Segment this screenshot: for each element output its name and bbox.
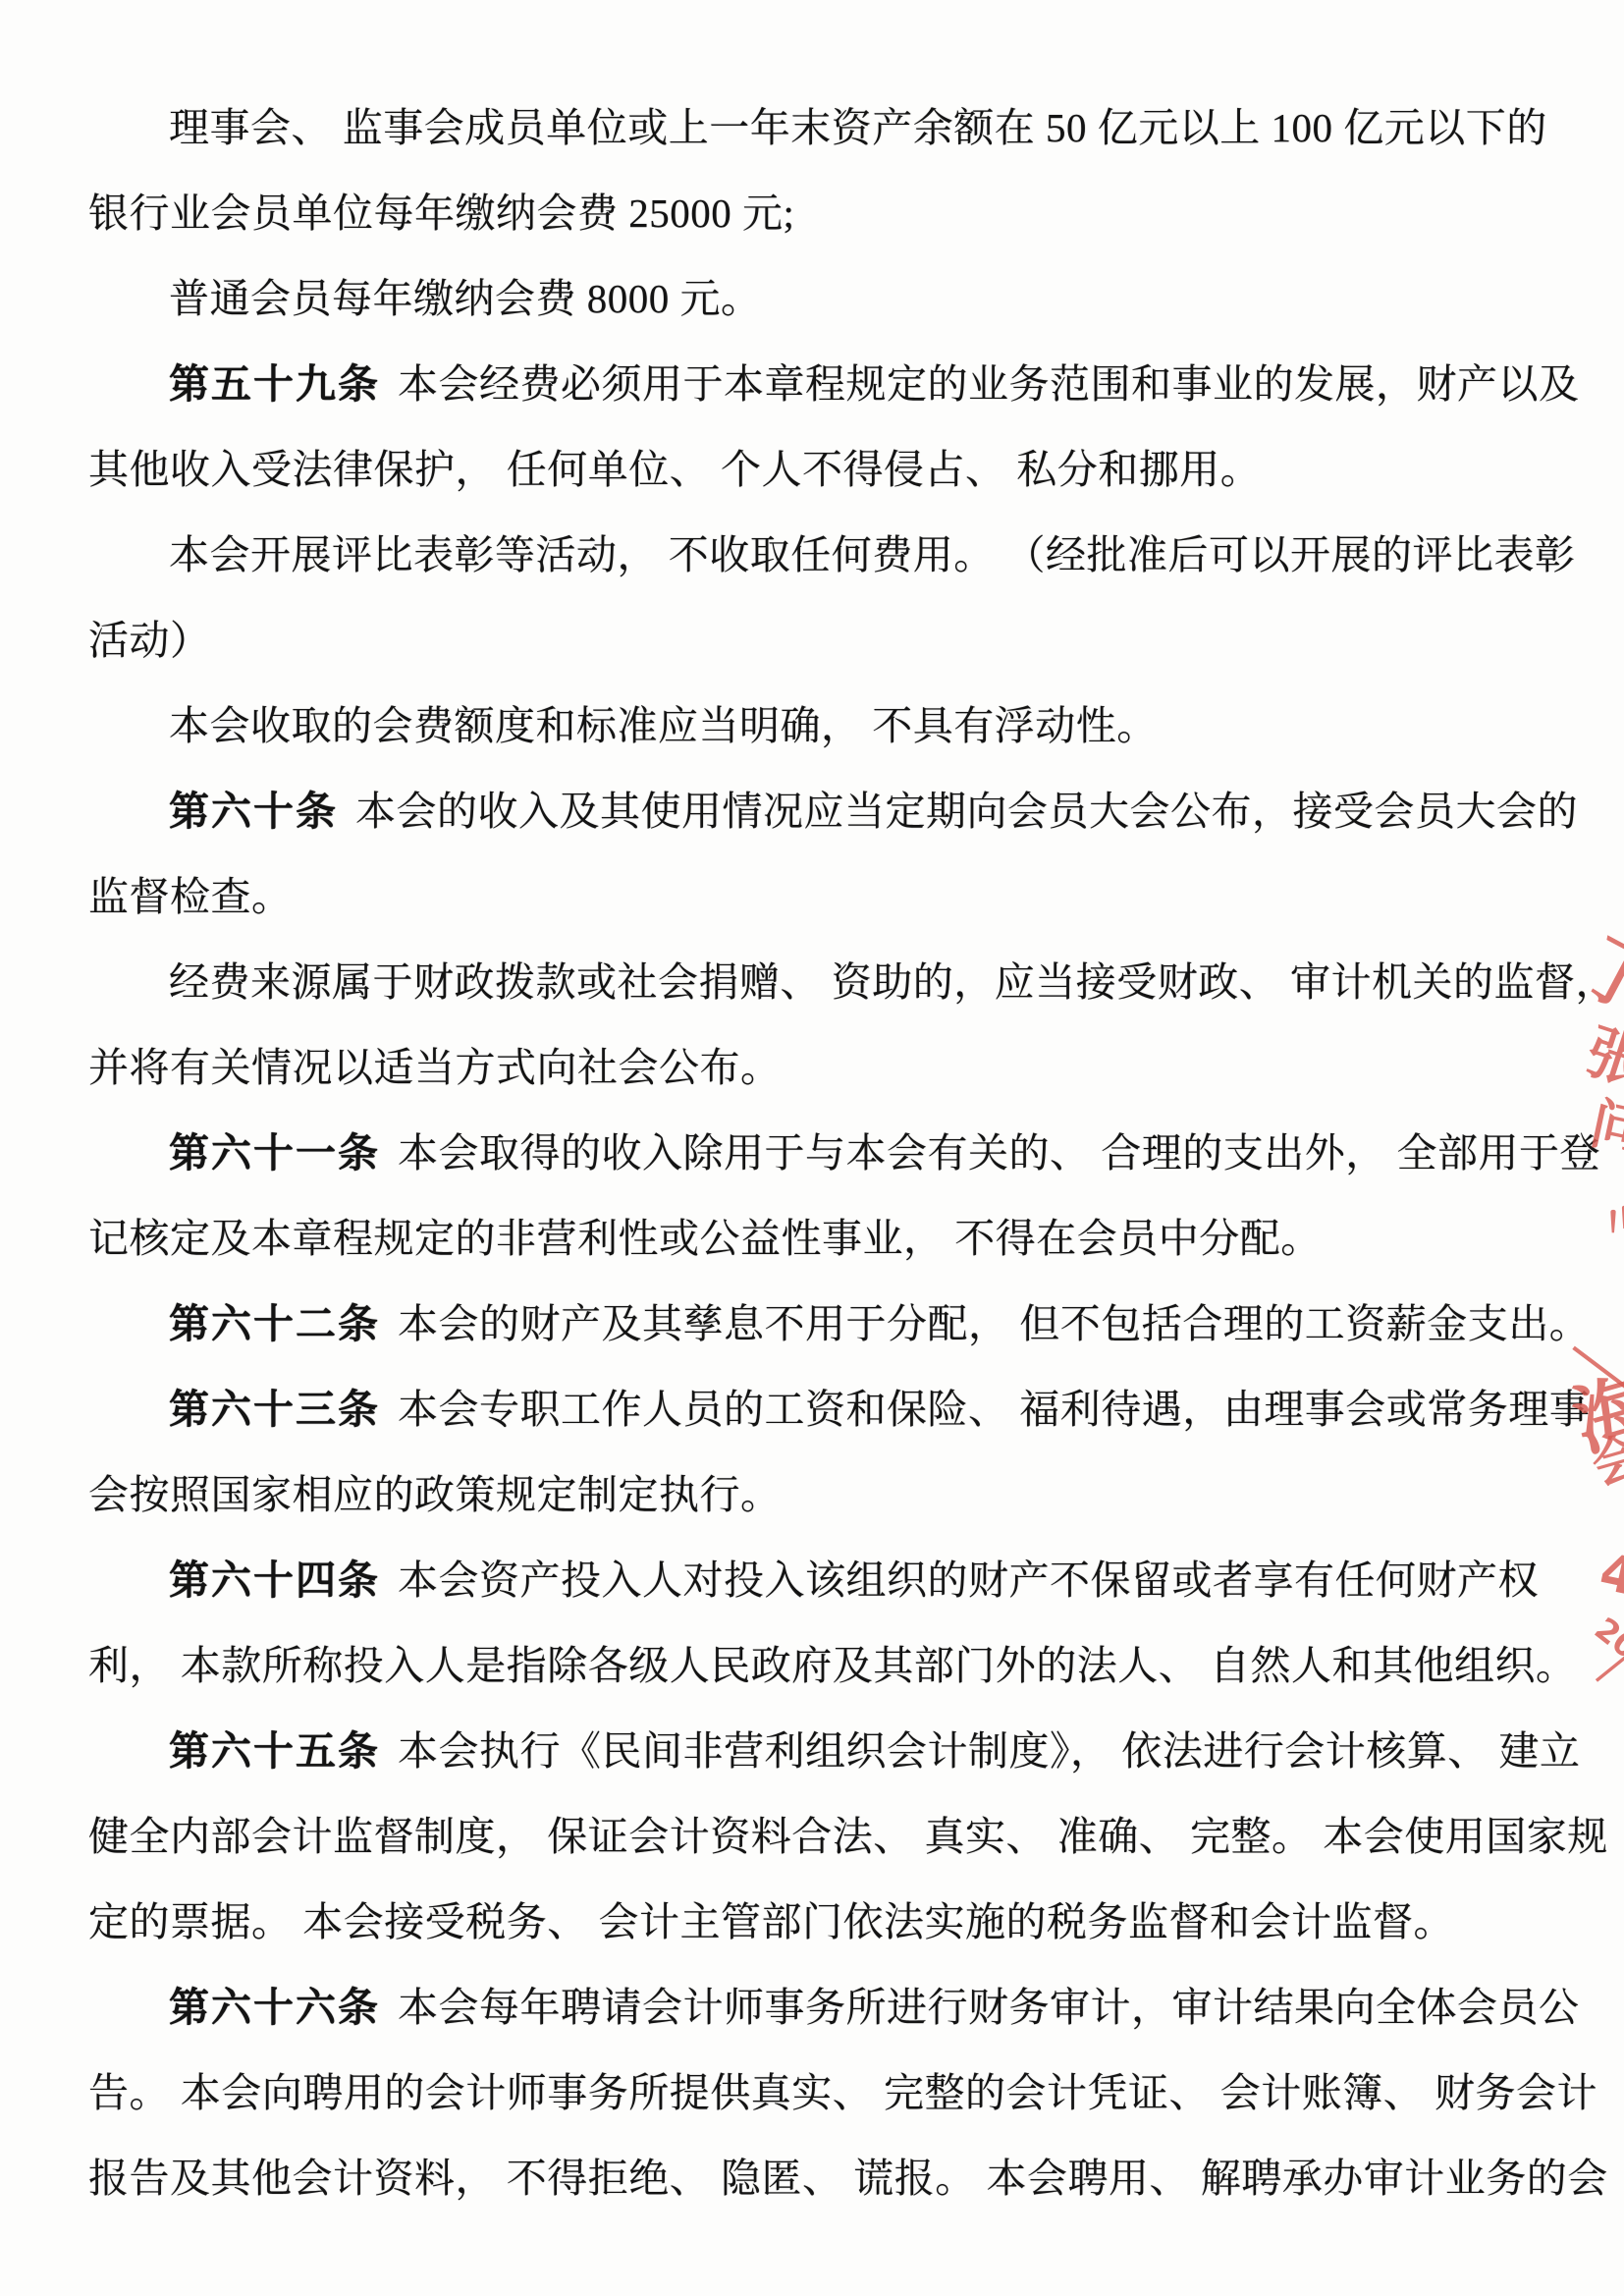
- line-text: 健全内部会计监督制度， 保证会计资料合法、 真实、 准确、 完整。 本会使用国家…: [88, 1814, 1608, 1859]
- red-stamp-fragment: 20: [1590, 1613, 1624, 1665]
- line-text: 定的票据。 本会接受税务、 会计主管部门依法实施的税务监督和会计监督。: [88, 1899, 1454, 1944]
- line-text: 经费来源属于财政拨款或社会捐赠、 资助的，应当接受财政、 审计机关的监督，: [169, 959, 1616, 1005]
- line-text: 普通会员每年缴纳会费 8000 元。: [169, 276, 762, 321]
- text-line: 本会开展评比表彰等活动， 不收取任何费用。 （经批准后可以开展的评比表彰: [88, 513, 1551, 598]
- article-number: 第六十三条: [169, 1387, 380, 1432]
- text-line: 活动）: [88, 598, 1551, 683]
- text-line: 银行业会员单位每年缴纳会费 25000 元;: [88, 171, 1551, 256]
- line-text: 本会专职工作人员的工资和保险、 福利待遇，由理事会或常务理事: [398, 1387, 1590, 1432]
- article-number: 第六十一条: [169, 1130, 380, 1175]
- line-text: 本会执行《民间非营利组织会计制度》， 依法进行会计核算、 建立: [398, 1728, 1581, 1774]
- text-line: 利， 本款所称投入人是指除各级人民政府及其部门外的法人、 自然人和其他组织。: [88, 1623, 1551, 1709]
- line-text: 理事会、 监事会成员单位或上一年末资产余额在 50 亿元以上 100 亿元以下的: [169, 105, 1547, 150]
- text-line: 第六十三条本会专职工作人员的工资和保险、 福利待遇，由理事会或常务理事: [88, 1367, 1551, 1452]
- text-line: 第六十条本会的收入及其使用情况应当定期向会员大会公布，接受会员大会的: [88, 769, 1551, 854]
- text-line: 第六十六条本会每年聘请会计师事务所进行财务审计，审计结果向全体会员公: [88, 1965, 1551, 2050]
- text-line: 会按照国家相应的政策规定制定执行。: [88, 1452, 1551, 1538]
- text-line: 第五十九条本会经费必须用于本章程规定的业务范围和事业的发展，财产以及: [88, 342, 1551, 427]
- text-line: 定的票据。 本会接受税务、 会计主管部门依法实施的税务监督和会计监督。: [88, 1880, 1551, 1965]
- text-line: 健全内部会计监督制度， 保证会计资料合法、 真实、 准确、 完整。 本会使用国家…: [88, 1794, 1551, 1880]
- line-text: 记核定及本章程规定的非营利性或公益性事业， 不得在会员中分配。: [88, 1216, 1322, 1261]
- line-text: 监督检查。: [88, 874, 293, 919]
- line-text: 本会每年聘请会计师事务所进行财务审计，审计结果向全体会员公: [398, 1985, 1580, 2030]
- text-line: 经费来源属于财政拨款或社会捐赠、 资助的，应当接受财政、 审计机关的监督，: [88, 940, 1551, 1025]
- text-line: 普通会员每年缴纳会费 8000 元。: [88, 256, 1551, 342]
- line-text: 银行业会员单位每年缴纳会费 25000 元;: [88, 191, 794, 236]
- article-number: 第六十六条: [169, 1985, 380, 2030]
- line-text: 本会的收入及其使用情况应当定期向会员大会公布，接受会员大会的: [355, 789, 1578, 834]
- red-stamp-fragment: ／: [1595, 1638, 1624, 1690]
- text-line: 第六十一条本会取得的收入除用于与本会有关的、 合理的支出外， 全部用于登: [88, 1111, 1551, 1196]
- line-text: 告。 本会向聘用的会计师事务所提供真实、 完整的会计凭证、 会计账簿、 财务会计: [88, 2070, 1597, 2115]
- red-stamp-fragment: 〃: [1593, 1194, 1624, 1249]
- line-text: 本会收取的会费额度和标准应当明确， 不具有浮动性。: [169, 703, 1158, 748]
- article-number: 第六十五条: [169, 1728, 380, 1774]
- line-text: 利， 本款所称投入人是指除各级人民政府及其部门外的法人、 自然人和其他组织。: [88, 1643, 1577, 1688]
- line-text: 报告及其他会计资料， 不得拒绝、 隐匿、 谎报。 本会聘用、 解聘承办审计业务的…: [88, 2156, 1608, 2201]
- article-number: 第六十二条: [169, 1301, 380, 1346]
- article-number: 第五十九条: [169, 361, 380, 407]
- line-text: 活动）: [88, 618, 211, 663]
- text-line: 记核定及本章程规定的非营利性或公益性事业， 不得在会员中分配。: [88, 1196, 1551, 1282]
- text-line: 并将有关情况以适当方式向社会公布。: [88, 1025, 1551, 1111]
- line-text: 本会开展评比表彰等活动， 不收取任何费用。 （经批准后可以开展的评比表彰: [169, 532, 1576, 577]
- text-line: 监督检查。: [88, 854, 1551, 940]
- text-line: 第六十五条本会执行《民间非营利组织会计制度》， 依法进行会计核算、 建立: [88, 1709, 1551, 1794]
- scanned-document-page: 理事会、 监事会成员单位或上一年末资产余额在 50 亿元以上 100 亿元以下的…: [0, 0, 1624, 2296]
- red-stamp-fragment: 会: [1587, 1430, 1624, 1493]
- line-text: 本会经费必须用于本章程规定的业务范围和事业的发展，财产以及: [398, 361, 1580, 407]
- red-stamp-fragment: 4: [1596, 1547, 1624, 1604]
- line-text: 本会取得的收入除用于与本会有关的、 合理的支出外， 全部用于登: [398, 1130, 1600, 1175]
- document-body: 理事会、 监事会成员单位或上一年末资产余额在 50 亿元以上 100 亿元以下的…: [88, 85, 1551, 2221]
- text-line: 第六十二条本会的财产及其孳息不用于分配， 但不包括合理的工资薪金支出。: [88, 1282, 1551, 1367]
- line-text: 会按照国家相应的政策规定制定执行。: [88, 1472, 782, 1517]
- text-line: 报告及其他会计资料， 不得拒绝、 隐匿、 谎报。 本会聘用、 解聘承办审计业务的…: [88, 2136, 1551, 2221]
- line-text: 本会的财产及其孳息不用于分配， 但不包括合理的工资薪金支出。: [398, 1301, 1590, 1346]
- text-line: 本会收取的会费额度和标准应当明确， 不具有浮动性。: [88, 683, 1551, 769]
- line-text: 其他收入受法律保护， 任何单位、 个人不得侵占、 私分和挪用。: [88, 447, 1261, 492]
- text-line: 理事会、 监事会成员单位或上一年末资产余额在 50 亿元以上 100 亿元以下的: [88, 85, 1551, 171]
- text-line: 其他收入受法律保护， 任何单位、 个人不得侵占、 私分和挪用。: [88, 427, 1551, 513]
- text-line: 告。 本会向聘用的会计师事务所提供真实、 完整的会计凭证、 会计账簿、 财务会计: [88, 2050, 1551, 2136]
- red-stamp-fragment: 张: [1579, 1021, 1624, 1096]
- article-number: 第六十四条: [169, 1558, 380, 1603]
- text-line: 第六十四条本会资产投入人对投入该组织的财产不保留或者享有任何财产权: [88, 1538, 1551, 1623]
- line-text: 本会资产投入人对投入该组织的财产不保留或者享有任何财产权: [398, 1558, 1539, 1603]
- line-text: 并将有关情况以适当方式向社会公布。: [88, 1045, 782, 1090]
- article-number: 第六十条: [169, 789, 338, 834]
